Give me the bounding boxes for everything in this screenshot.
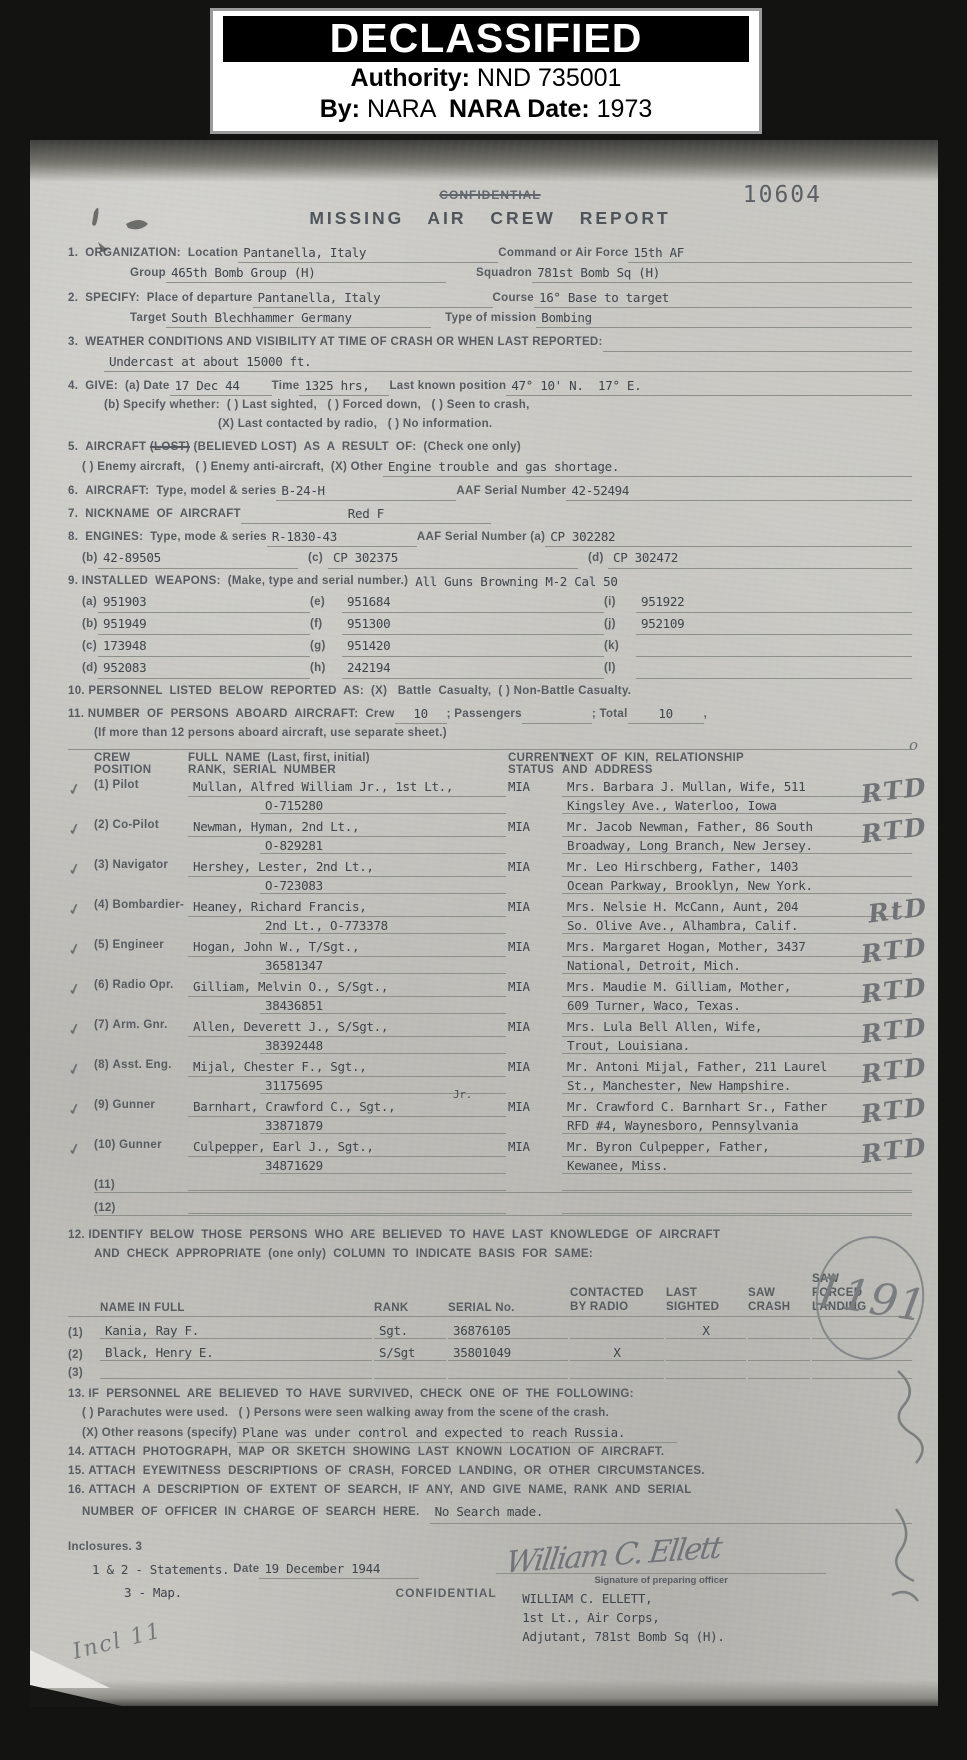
witness-table-header: NAME IN FULL RANK SERIAL No. CONTACTEDBY… <box>68 1272 912 1314</box>
weapon-slot-h-label: (h) <box>310 658 342 679</box>
org-group-label: Group <box>130 264 166 283</box>
rtd-annotation: RTD <box>860 1092 930 1129</box>
crew-2-serial: O-829281 <box>260 838 506 854</box>
weapons-row-3: (c) 173948 (g) 951420 (k) <box>68 635 912 657</box>
witness-col-crash-2: CRASH <box>748 1300 810 1314</box>
witness-col-serial: SERIAL No. <box>448 1302 568 1314</box>
crew-1-status: MIA <box>508 779 560 797</box>
crew-head-kin-1: NEXT OF KIN, RELATIONSHIP <box>562 752 912 764</box>
reported-nonbattle: ( ) Non-Battle Casualty. <box>498 682 631 701</box>
by-label: By: <box>320 95 360 123</box>
witness-1-name: Kania, Ray F. <box>100 1323 372 1339</box>
weapon-slot-h: 242194 <box>342 657 604 679</box>
lost-no: 5. <box>68 438 78 457</box>
crew-1-position: Pilot <box>112 779 138 797</box>
crew-7-status: MIA <box>508 1019 560 1037</box>
attach15-no: 15. <box>68 1462 85 1481</box>
knowledge-line1: IDENTIFY BELOW THOSE PERSONS WHO ARE BEL… <box>88 1226 720 1245</box>
crew-row-3: ✓ (3) Navigator Hershey, Lester, 2nd Lt.… <box>68 859 912 894</box>
give-b-options-2: (X) Last contacted by radio, ( ) No info… <box>218 415 492 434</box>
nickname-no: 7. <box>68 505 78 524</box>
give-no: 4. <box>68 377 78 396</box>
crew-10-num: (10) <box>94 1139 116 1157</box>
crew-2-num: (2) <box>94 819 109 837</box>
crew-4-position: Bombardier- <box>112 899 184 917</box>
crew-6-kin-line2: 609 Turner, Waco, Texas. <box>562 998 912 1014</box>
crew-4-name: Heaney, Richard Francis, <box>188 899 506 917</box>
checkmark-annotation: ✓ <box>66 1136 94 1159</box>
enclosure-1: 1 & 2 - Statements. <box>92 1560 229 1579</box>
crew-5-position: Engineer <box>112 939 164 957</box>
crew-2-position: Co-Pilot <box>112 819 158 837</box>
section-give: 4. GIVE: (a) Date 17 Dec 44 Time 1325 hr… <box>68 376 912 434</box>
officer-rank: 1st Lt., Air Corps, <box>522 1608 659 1627</box>
crew-11-line2-blank <box>94 1192 912 1193</box>
weapon-slot-e: 951684 <box>342 591 604 613</box>
weapon-slot-b: 951949 <box>98 613 310 635</box>
attach16-line2: NUMBER OF OFFICER IN CHARGE OF SEARCH HE… <box>82 1501 420 1524</box>
target-label: Target <box>130 309 166 328</box>
attach14-text: ATTACH PHOTOGRAPH, MAP OR SKETCH SHOWING… <box>88 1443 664 1462</box>
target-value: South Blechhammer Germany <box>166 308 431 328</box>
witness-3-serial <box>448 1378 568 1379</box>
weapon-slot-c: 173948 <box>98 635 310 657</box>
give-b-options-1: ( ) Last sighted, ( ) Forced down, ( ) S… <box>227 396 530 415</box>
engines-label: ENGINES: Type, mode & series <box>85 528 267 547</box>
weather-no: 3. <box>68 333 78 352</box>
weapon-slot-f: 951300 <box>342 613 604 635</box>
weather-value: Undercast at about 15000 ft. <box>104 352 534 372</box>
crew-6-status: MIA <box>508 979 560 997</box>
crew-8-position: Asst. Eng. <box>112 1059 171 1077</box>
reported-no: 10. <box>68 682 85 701</box>
org-command-value: 15th AF <box>628 243 912 263</box>
crew-8-kin-line2: St., Manchester, New Hampshire. <box>562 1078 912 1094</box>
course-label: Course <box>493 289 534 308</box>
give-position-value: 47° 10' N. 17° E. <box>506 376 912 396</box>
rtd-annotation: RtD <box>866 892 929 928</box>
lost-post: (BELIEVED LOST) AS A RESULT OF: (Check o… <box>194 438 521 457</box>
witness-row-1: (1) Kania, Ray F. Sgt. 36876105 X <box>68 1323 912 1339</box>
table-top-rule <box>68 749 912 750</box>
crew-6-num: (6) <box>94 979 109 997</box>
crew-3-status: MIA <box>508 859 560 877</box>
crew-5-serial: 36581347 <box>260 958 506 974</box>
crew-12-num: (12) <box>94 1202 116 1214</box>
crew-2-kin-line2: Broadway, Long Branch, New Jersey. <box>562 838 912 854</box>
engine-b-label: (b) <box>82 548 98 569</box>
weapon-slot-d: 952083 <box>98 657 310 679</box>
rtd-annotation: RTD <box>860 972 930 1009</box>
aircraft-type-value: B-24-H <box>276 481 456 501</box>
weapon-slot-j: 952109 <box>636 613 912 635</box>
crew-10-serial: 34871629 <box>260 1158 506 1174</box>
witness-2-name: Black, Henry E. <box>100 1345 372 1361</box>
document-number: 10604 <box>743 182 822 208</box>
give-b-label: (b) Specify whether: <box>104 396 220 415</box>
inclosures-label: Inclosures. 3 <box>68 1538 142 1557</box>
declassified-title: DECLASSIFIED <box>223 16 749 62</box>
weapons-row-1: (a) 951903 (e) 951684 (i) 951922 <box>68 591 912 613</box>
crew-head-position-1: CREW <box>94 752 186 764</box>
section-specify: 2. SPECIFY: Place of departure Pantanell… <box>68 288 912 328</box>
engine-d-label: (d) <box>588 548 608 569</box>
crew-7-position: Arm. Gnr. <box>112 1019 167 1037</box>
witness-2-rank: S/Sgt <box>374 1345 446 1361</box>
page-corner-shadow <box>30 1685 126 1707</box>
crew-3-kin-line2: Ocean Parkway, Brooklyn, New York. <box>562 878 912 894</box>
crew-3-num: (3) <box>94 859 109 877</box>
checkmark-annotation: ✓ <box>66 776 94 799</box>
attach16-value: No Search made. <box>430 1500 600 1524</box>
crew-head-name-1: FULL NAME (Last, first, initial) <box>188 752 506 764</box>
officer-title: Adjutant, 781st Bomb Sq (H). <box>522 1627 724 1646</box>
crew-6-serial: 38436851 <box>260 998 506 1014</box>
witness-header-rule <box>68 1316 912 1317</box>
section-reported: 10. PERSONNEL LISTED BELOW REPORTED AS: … <box>68 682 912 701</box>
checkmark-annotation: ✓ <box>66 1056 94 1079</box>
reported-text: PERSONNEL LISTED BELOW REPORTED AS: <box>88 682 364 701</box>
engine-serial-b: 42-89505 <box>98 547 298 569</box>
section-engines: 8. ENGINES: Type, mode & series R-1830-4… <box>68 527 912 569</box>
authority-line: Authority: NND 735001 <box>223 63 749 93</box>
crew-2-name: Newman, Hyman, 2nd Lt., <box>188 819 506 837</box>
mission-value: Bombing <box>536 308 912 328</box>
crew-7-name: Allen, Deverett J., S/Sgt., <box>188 1019 506 1037</box>
rtd-annotation: RTD <box>860 1132 930 1169</box>
crew-row-4: ✓ (4) Bombardier- Heaney, Richard Franci… <box>68 899 912 934</box>
lost-struck: (LOST) <box>150 438 190 457</box>
weapon-slot-l <box>636 678 912 679</box>
crew-4-status: MIA <box>508 899 560 917</box>
crew-row-12-blank: (12) <box>68 1202 912 1216</box>
departure-label: Place of departure <box>147 289 253 308</box>
crew-6-name: Gilliam, Melvin O., S/Sgt., <box>188 979 506 997</box>
crew-11-num: (11) <box>94 1179 115 1191</box>
section-weapons: 9. INSTALLED WEAPONS: (Make, type and se… <box>68 572 912 679</box>
witness-3-num: (3) <box>68 1367 98 1379</box>
witness-col-radio-2: BY RADIO <box>570 1300 664 1314</box>
persons-text: NUMBER OF PERSONS ABOARD AIRCRAFT: Crew <box>88 705 395 724</box>
rtd-annotation: RTD <box>860 1012 930 1049</box>
specify-label: SPECIFY: <box>85 289 140 308</box>
weapon-slot-g-label: (g) <box>310 636 342 657</box>
weapon-slot-l-label: (l) <box>604 658 636 679</box>
checkmark-annotation: ✓ <box>66 976 94 999</box>
crew-1-num: (1) <box>94 779 109 797</box>
attach16-no: 16. <box>68 1481 85 1500</box>
nickname-label: NICKNAME OF AIRCRAFT <box>85 505 241 524</box>
weapon-slot-k <box>636 656 912 657</box>
persons-total-value: 10 <box>628 704 704 724</box>
engine-serial-d: CP 302472 <box>608 547 912 569</box>
rtd-annotation: RTD <box>860 932 930 969</box>
engines-no: 8. <box>68 528 78 547</box>
classification-row: CONFIDENTIAL 10604 <box>68 188 912 202</box>
closing-block: Inclosures. 3 1 & 2 - Statements. Date 1… <box>68 1538 912 1646</box>
witness-col-sighted-2: SIGHTED <box>666 1300 746 1314</box>
crew-12-name-blank <box>188 1202 506 1214</box>
crew-10-position: Gunner <box>119 1139 162 1157</box>
crew-row-11-blank: (11) <box>68 1179 912 1193</box>
crew-2-status: MIA <box>508 819 560 837</box>
weapon-slot-j-label: (j) <box>604 614 636 635</box>
crew-head-status-2: STATUS <box>508 764 560 776</box>
declassified-stamp: DECLASSIFIED Authority: NND 735001 By: N… <box>210 8 762 134</box>
crew-7-kin-line2: Trout, Louisiana. <box>562 1038 912 1054</box>
crew-10-name: Culpepper, Earl J., Sgt., <box>188 1139 506 1157</box>
aircraft-no: 6. <box>68 482 78 501</box>
lost-other-value: Engine trouble and gas shortage. <box>383 457 912 477</box>
margin-scribble <box>886 1505 926 1615</box>
crew-3-kin-line1: Mr. Leo Hirschberg, Father, 1403 <box>562 859 912 877</box>
org-command-label: Command or Air Force <box>498 244 628 263</box>
crew-11-name-blank <box>188 1179 506 1191</box>
persons-crew-value: 10 <box>395 704 447 724</box>
witness-3-radio <box>570 1378 664 1379</box>
aircraft-label: AIRCRAFT: Type, model & series <box>85 482 276 501</box>
witness-1-radio <box>570 1338 664 1339</box>
witness-3-sighted <box>666 1378 746 1379</box>
checkmark-annotation: ✓ <box>66 816 94 839</box>
departure-value: Pantanella, Italy <box>253 288 493 308</box>
witness-2-radio: X <box>570 1345 664 1361</box>
crew-3-serial: O-723083 <box>260 878 506 894</box>
give-label: GIVE: <box>85 377 118 396</box>
section-last-knowledge: 1191 12. IDENTIFY BELOW THOSE PERSONS WH… <box>68 1226 912 1379</box>
witness-1-rank: Sgt. <box>374 1323 446 1339</box>
section-13-16: 13. IF PERSONNEL ARE BELIEVED TO HAVE SU… <box>68 1385 912 1524</box>
crew-row-10: ✓ (10) Gunner Culpepper, Earl J., Sgt., … <box>68 1139 912 1174</box>
checkmark-annotation: ✓ <box>66 896 94 919</box>
witness-col-radio-1: CONTACTED <box>570 1286 664 1300</box>
aircraft-serial-value: 42-52494 <box>566 481 912 501</box>
crew-9-kin-line2: RFD #4, Waynesboro, Pennsylvania <box>562 1118 912 1134</box>
checkmark-annotation: ✓ <box>66 1096 94 1119</box>
engines-serial-label: AAF Serial Number (a) <box>417 528 545 547</box>
enclosure-2: 3 - Map. <box>124 1583 182 1602</box>
crew-1-name: Mullan, Alfred William Jr., 1st Lt., <box>188 779 506 797</box>
survival-other-value: Plane was under control and expected to … <box>237 1423 677 1443</box>
weather-line-rest <box>534 371 912 372</box>
crew-1-serial: O-715280 <box>260 798 506 814</box>
persons-no: 11. <box>68 705 84 724</box>
crew-5-status: MIA <box>508 939 560 957</box>
authority-value: NND 735001 <box>477 64 622 92</box>
section-organization: 1. ORGANIZATION: Location Pantanella, It… <box>68 243 912 283</box>
crew-head-name-2: RANK, SERIAL NUMBER <box>188 764 506 776</box>
survival-line2: ( ) Parachutes were used. ( ) Persons we… <box>82 1404 609 1423</box>
give-date-value: 17 Dec 44 <box>170 376 272 396</box>
crew-8-name: Mijal, Chester F., Sgt., <box>188 1059 506 1077</box>
survival-other-label: (X) Other reasons (specify) <box>82 1424 237 1443</box>
weapon-slot-b-label: (b) <box>82 614 98 635</box>
officer-name: WILLIAM C. ELLETT, <box>522 1589 652 1608</box>
margin-scribble <box>886 1365 932 1485</box>
crew-table-header: o CREW FULL NAME (Last, first, initial) … <box>68 752 912 776</box>
witness-1-serial: 36876105 <box>448 1323 568 1339</box>
crew-1-kin-line2: Kingsley Ave., Waterloo, Iowa <box>562 798 912 814</box>
weapon-slot-k-label: (k) <box>604 636 636 657</box>
org-squadron-label: Squadron <box>476 264 532 283</box>
witness-row-2: (2) Black, Henry E. S/Sgt 35801049 X <box>68 1345 912 1361</box>
persons-note: (If more than 12 persons aboard aircraft… <box>94 724 447 743</box>
weapon-slot-e-label: (e) <box>310 592 342 613</box>
engine-c-label: (c) <box>308 548 328 569</box>
weapon-slot-a: 951903 <box>98 591 310 613</box>
crew-row-7: ✓ (7) Arm. Gnr. Allen, Deverett J., S/Sg… <box>68 1019 912 1054</box>
witness-1-num: (1) <box>68 1327 98 1339</box>
witness-2-landing <box>812 1360 912 1361</box>
org-location-value: Pantanella, Italy <box>238 243 498 263</box>
crew-5-num: (5) <box>94 939 109 957</box>
section-aircraft: 6. AIRCRAFT: Type, model & series B-24-H… <box>68 481 912 501</box>
section-nickname: 7. NICKNAME OF AIRCRAFT Red F <box>68 504 912 524</box>
weapons-value: All Guns Browning M-2 Cal 50 <box>415 572 617 591</box>
weapon-slot-i-label: (i) <box>604 592 636 613</box>
crew-row-5: ✓ (5) Engineer Hogan, John W., T/Sgt., M… <box>68 939 912 974</box>
lost-pre: AIRCRAFT <box>85 438 146 457</box>
persons-passengers-value <box>522 723 592 724</box>
weapon-slot-g: 951420 <box>342 635 604 657</box>
witness-col-rank: RANK <box>374 1302 446 1314</box>
crew-8-status: MIA <box>508 1059 560 1077</box>
witness-3-rank <box>374 1378 446 1379</box>
section-weather: 3. WEATHER CONDITIONS AND VISIBILITY AT … <box>68 333 912 372</box>
rtd-annotation: RTD <box>860 812 930 849</box>
witness-1-sighted: X <box>666 1323 746 1339</box>
nara-date-value: 1973 <box>597 95 653 123</box>
by-value: NARA <box>367 95 435 123</box>
weapon-slot-a-label: (a) <box>82 592 98 613</box>
give-time-value: 1325 hrs, <box>299 376 389 396</box>
nara-date-label: NARA Date: <box>449 95 590 123</box>
give-time-label: Time <box>272 377 300 396</box>
authority-label: Authority: <box>351 64 470 92</box>
crew-3-name: Hershey, Lester, 2nd Lt., <box>188 859 506 877</box>
checkmark-annotation: ✓ <box>66 856 94 879</box>
give-position-label: Last known position <box>389 377 506 396</box>
checkmark-annotation: ✓ <box>66 936 94 959</box>
crew-6-position: Radio Opr. <box>112 979 173 997</box>
crew-head-status-1: CURRENT <box>508 752 560 764</box>
witness-2-sighted <box>666 1360 746 1361</box>
crew-9-jr-annotation: Jr. <box>453 1088 472 1101</box>
crew-head-position-2: POSITION <box>94 764 186 776</box>
crew-7-num: (7) <box>94 1019 109 1037</box>
org-group-value: 465th Bomb Group (H) <box>166 263 446 283</box>
rtd-annotation: RTD <box>860 1052 930 1089</box>
weapons-no: 9. <box>68 572 78 591</box>
weapon-slot-i: 951922 <box>636 591 912 613</box>
crew-4-num: (4) <box>94 899 109 917</box>
aircraft-serial-label: AAF Serial Number <box>456 482 566 501</box>
persons-total-label: ; Total <box>592 705 628 724</box>
specify-no: 2. <box>68 289 78 308</box>
crew-11-kin-blank <box>562 1179 912 1191</box>
section-aircraft-lost: 5. AIRCRAFT (LOST) (BELIEVED LOST) AS A … <box>68 438 912 477</box>
crew-8-num: (8) <box>94 1059 109 1077</box>
witness-3-crash <box>748 1378 810 1379</box>
weapon-slot-f-label: (f) <box>310 614 342 635</box>
margin-o-annotation: o <box>909 736 918 754</box>
date-label: Date <box>233 1560 259 1579</box>
witness-2-num: (2) <box>68 1349 98 1361</box>
weapon-slot-c-label: (c) <box>82 636 98 657</box>
crew-9-serial: 33871879 <box>260 1118 506 1134</box>
crew-10-status: MIA <box>508 1139 560 1157</box>
witness-2-serial: 35801049 <box>448 1345 568 1361</box>
page-title: MISSING AIR CREW REPORT <box>68 208 912 229</box>
weather-label: WEATHER CONDITIONS AND VISIBILITY AT TIM… <box>85 333 602 352</box>
engines-type-value: R-1830-43 <box>267 527 417 547</box>
witness-1-crash <box>748 1338 810 1339</box>
attach15-text: ATTACH EYEWITNESS DESCRIPTIONS OF CRASH,… <box>88 1462 704 1481</box>
survival-no: 13. <box>68 1385 85 1404</box>
witness-row-3: (3) <box>68 1367 912 1379</box>
crew-9-name: Barnhart, Crawford C., Sgt.,Jr. <box>188 1099 506 1117</box>
witness-3-name <box>100 1378 372 1379</box>
witness-2-crash <box>748 1360 810 1361</box>
nickname-value: Red F <box>241 504 491 524</box>
weapons-row-2: (b) 951949 (f) 951300 (j) 952109 <box>68 613 912 635</box>
crew-9-name-text: Barnhart, Crawford C., Sgt., <box>193 1099 395 1114</box>
attach16-line-rest <box>600 1523 912 1524</box>
survival-line1: IF PERSONNEL ARE BELIEVED TO HAVE SURVIV… <box>88 1385 633 1404</box>
knowledge-no: 12. <box>68 1226 85 1245</box>
lost-options: ( ) Enemy aircraft, ( ) Enemy anti-aircr… <box>82 458 383 477</box>
engine-serial-c: CP 302375 <box>328 547 578 569</box>
crew-row-8: ✓ (8) Asst. Eng. Mijal, Chester F., Sgt.… <box>68 1059 912 1094</box>
persons-passengers-label: ; Passengers <box>447 705 522 724</box>
crew-5-kin-line2: National, Detroit, Mich. <box>562 958 912 974</box>
org-no: 1. <box>68 244 78 263</box>
ink-blob-annotation <box>86 198 176 258</box>
engine-serial-a: CP 302282 <box>545 527 912 547</box>
org-squadron-value: 781st Bomb Sq (H) <box>532 263 912 283</box>
crew-10-kin-line2: Kewanee, Miss. <box>562 1158 912 1174</box>
scanned-document-page: Incl 11 CONFIDENTIAL 10604 MISSING AIR C… <box>30 140 938 1706</box>
course-value: 16° Base to target <box>534 288 912 308</box>
mission-label: Type of mission <box>445 309 536 328</box>
witness-col-crash-1: SAW <box>748 1286 810 1300</box>
attach16-line1: ATTACH A DESCRIPTION OF EXTENT OF SEARCH… <box>88 1481 691 1500</box>
crew-row-1: ✓ (1) Pilot Mullan, Alfred William Jr., … <box>68 779 912 814</box>
crew-row-2: ✓ (2) Co-Pilot Newman, Hyman, 2nd Lt., M… <box>68 819 912 854</box>
attach14-no: 14. <box>68 1443 85 1462</box>
date-value: 19 December 1944 <box>259 1559 419 1579</box>
by-line: By: NARA NARA Date: 1973 <box>223 94 749 124</box>
crew-row-9: ✓ (9) Gunner Barnhart, Crawford C., Sgt.… <box>68 1099 912 1134</box>
crew-5-name: Hogan, John W., T/Sgt., <box>188 939 506 957</box>
weather-blank <box>603 351 912 352</box>
reported-battle: (X) Battle Casualty, <box>371 682 491 701</box>
give-date-label: (a) Date <box>125 377 170 396</box>
knowledge-line2: AND CHECK APPROPRIATE (one only) COLUMN … <box>94 1245 593 1264</box>
weapons-row-4: (d) 952083 (h) 242194 (l) <box>68 657 912 679</box>
rtd-annotation: RTD <box>860 772 930 809</box>
crew-3-position: Navigator <box>112 859 168 877</box>
crew-12-kin-blank <box>562 1202 912 1214</box>
crew-9-position: Gunner <box>112 1099 155 1117</box>
org-location-label: Location <box>188 244 238 263</box>
witness-col-sighted-1: LAST <box>666 1286 746 1300</box>
crew-9-num: (9) <box>94 1099 109 1117</box>
checkmark-annotation: ✓ <box>66 1016 94 1039</box>
section-persons-aboard: 11. NUMBER OF PERSONS ABOARD AIRCRAFT: C… <box>68 704 912 743</box>
witness-col-name: NAME IN FULL <box>100 1302 372 1314</box>
crew-head-kin-2: AND ADDRESS <box>562 764 912 776</box>
